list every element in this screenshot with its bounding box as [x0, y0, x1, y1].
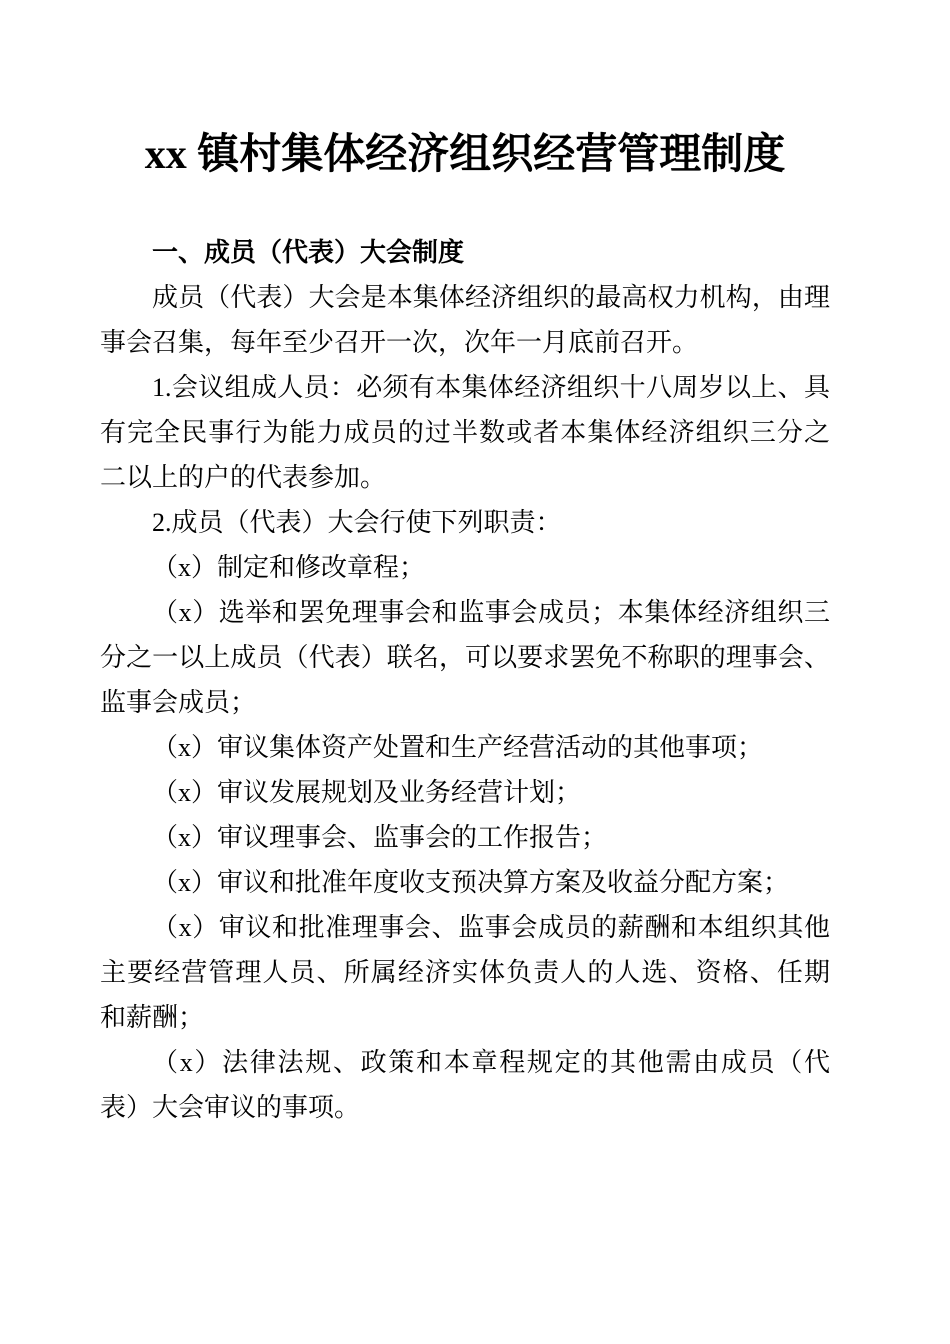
- paragraph-line: （x）审议和批准理事会、监事会成员的薪酬和本组织其他: [100, 905, 830, 950]
- paragraph: 1.会议组成人员：必须有本集体经济组织十八周岁以上、具有完全民事行为能力成员的过…: [100, 365, 830, 500]
- paragraph: （x）审议和批准理事会、监事会成员的薪酬和本组织其他主要经营管理人员、所属经济实…: [100, 905, 830, 1040]
- paragraph: （x）审议集体资产处置和生产经营活动的其他事项；: [100, 725, 830, 770]
- paragraph-line: （x）制定和修改章程；: [100, 545, 830, 590]
- paragraph: （x）审议发展规划及业务经营计划；: [100, 770, 830, 815]
- paragraph: （x）制定和修改章程；: [100, 545, 830, 590]
- paragraph: （x）法律法规、政策和本章程规定的其他需由成员（代表）大会审议的事项。: [100, 1040, 830, 1130]
- document-body: 成员（代表）大会是本集体经济组织的最高权力机构，由理事会召集，每年至少召开一次，…: [100, 275, 830, 1130]
- section-heading: 一、成员（代表）大会制度: [100, 230, 830, 275]
- paragraph: 2.成员（代表）大会行使下列职责：: [100, 500, 830, 545]
- paragraph-line: （x）审议发展规划及业务经营计划；: [100, 770, 830, 815]
- paragraph-line: （x）法律法规、政策和本章程规定的其他需由成员（代: [100, 1040, 830, 1085]
- paragraph-line: （x）审议集体资产处置和生产经营活动的其他事项；: [100, 725, 830, 770]
- paragraph-line: 有完全民事行为能力成员的过半数或者本集体经济组织三分之: [100, 410, 830, 455]
- paragraph: 成员（代表）大会是本集体经济组织的最高权力机构，由理事会召集，每年至少召开一次，…: [100, 275, 830, 365]
- paragraph: （x）审议理事会、监事会的工作报告；: [100, 815, 830, 860]
- paragraph: （x）审议和批准年度收支预决算方案及收益分配方案；: [100, 860, 830, 905]
- document-title: xx 镇村集体经济组织经营管理制度: [100, 130, 830, 180]
- paragraph-line: 事会召集，每年至少召开一次，次年一月底前召开。: [100, 320, 830, 365]
- paragraph-line: （x）审议理事会、监事会的工作报告；: [100, 815, 830, 860]
- paragraph-line: 二以上的户的代表参加。: [100, 455, 830, 500]
- paragraph-line: （x）审议和批准年度收支预决算方案及收益分配方案；: [100, 860, 830, 905]
- paragraph-line: 1.会议组成人员：必须有本集体经济组织十八周岁以上、具: [100, 365, 830, 410]
- paragraph-line: 和薪酬；: [100, 995, 830, 1040]
- document-content: xx 镇村集体经济组织经营管理制度 一、成员（代表）大会制度 成员（代表）大会是…: [100, 130, 830, 1130]
- document-page: xx 镇村集体经济组织经营管理制度 一、成员（代表）大会制度 成员（代表）大会是…: [0, 0, 950, 1344]
- paragraph-line: 表）大会审议的事项。: [100, 1085, 830, 1130]
- paragraph-line: （x）选举和罢免理事会和监事会成员；本集体经济组织三: [100, 590, 830, 635]
- paragraph: （x）选举和罢免理事会和监事会成员；本集体经济组织三分之一以上成员（代表）联名，…: [100, 590, 830, 725]
- paragraph-line: 2.成员（代表）大会行使下列职责：: [100, 500, 830, 545]
- paragraph-line: 主要经营管理人员、所属经济实体负责人的人选、资格、任期: [100, 950, 830, 995]
- paragraph-line: 分之一以上成员（代表）联名，可以要求罢免不称职的理事会、: [100, 635, 830, 680]
- paragraph-line: 监事会成员；: [100, 680, 830, 725]
- paragraph-line: 成员（代表）大会是本集体经济组织的最高权力机构，由理: [100, 275, 830, 320]
